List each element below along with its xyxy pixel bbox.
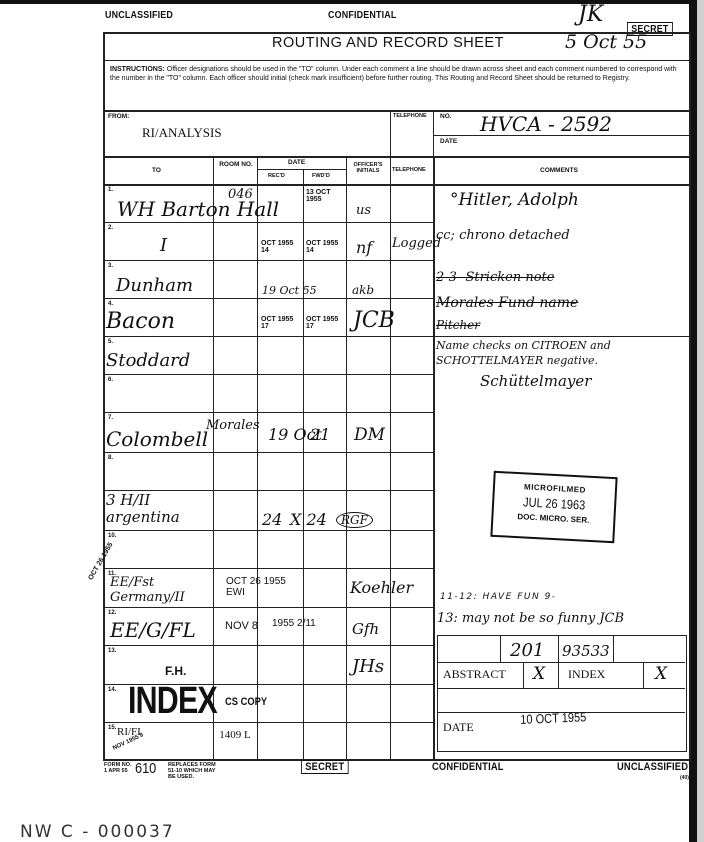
row2-telephone: Logged xyxy=(392,236,441,251)
instructions-text: Officer designations should be used in t… xyxy=(110,66,677,82)
index-label: INDEX xyxy=(568,667,605,682)
row-rule xyxy=(103,607,433,608)
no-date-rule xyxy=(433,135,690,136)
row-number: 7. xyxy=(108,415,113,421)
no-value: HVCA - 2592 xyxy=(480,112,612,136)
instructions: INSTRUCTIONS: Officer designations shoul… xyxy=(110,65,685,83)
row2-fwdd: OCT 1955 14 xyxy=(306,240,346,254)
classification-confidential-bottom: CONFIDENTIAL xyxy=(432,761,504,773)
file-date-label: DATE xyxy=(443,720,474,735)
row15-room: 1409 L xyxy=(216,728,254,742)
bottom-document-number: NW C - 000037 xyxy=(20,822,175,842)
comment-12: 13: may not be so funny JCB xyxy=(437,611,624,626)
classification-secret-bottom: SECRET xyxy=(301,760,348,774)
row1-room: 046 xyxy=(228,187,253,202)
file-date-value: 10 OCT 1955 xyxy=(520,709,587,727)
row-rule xyxy=(103,260,433,261)
row2-initials: nf xyxy=(356,238,372,257)
date-label: DATE xyxy=(440,138,457,145)
instructions-label: INSTRUCTIONS: xyxy=(110,66,165,73)
file-box-divider xyxy=(643,662,644,688)
form-bottom-rule xyxy=(103,759,691,761)
row14-index-stamp: INDEX xyxy=(128,680,217,723)
form-right-rule xyxy=(689,32,691,760)
abstract-mark: X xyxy=(533,664,545,684)
row13-to: F.H. xyxy=(165,664,186,678)
header-initials: OFFICER'S INITIALS xyxy=(348,162,388,174)
row14-cs-copy: CS COPY xyxy=(225,696,267,708)
comment-3b-struck: Morales Fund name xyxy=(436,295,578,311)
header-top-rule xyxy=(103,156,691,158)
comment-3c-struck: Pitcher xyxy=(436,318,480,332)
row12-recd: NOV 8 xyxy=(225,620,258,632)
classification-confidential-top: CONFIDENTIAL xyxy=(328,9,396,21)
col-rule-recd xyxy=(257,156,258,760)
row-number: 15. xyxy=(108,725,116,731)
comment-5: Schüttelmayer xyxy=(480,372,591,390)
no-label: NO. xyxy=(440,113,452,120)
header-date: DATE xyxy=(288,159,305,166)
from-label: FROM: xyxy=(108,113,129,120)
header-telephone: TELEPHONE xyxy=(392,167,426,173)
file-box-divider xyxy=(613,635,614,663)
file-box-divider xyxy=(500,635,501,663)
title-rule xyxy=(103,60,691,61)
row4-to: Bacon xyxy=(106,309,175,334)
handwritten-top-initials: JK xyxy=(578,2,603,27)
row1-to: WH Barton Hall xyxy=(117,197,279,221)
row7-room: Morales xyxy=(206,418,260,433)
file-number-201: 201 xyxy=(510,640,544,661)
comment-1: °Hitler, Adolph xyxy=(450,190,579,210)
row-number: 6. xyxy=(108,377,113,383)
header-date-rule xyxy=(257,169,346,170)
row2-to: I xyxy=(160,235,167,256)
row7-initials: DM xyxy=(354,425,385,445)
row-rule xyxy=(103,530,433,531)
row-number: 10. xyxy=(108,533,116,539)
row-rule xyxy=(103,645,433,646)
form-left-rule xyxy=(103,32,105,760)
row12-initials: Gfh xyxy=(352,620,379,638)
col-rule-room xyxy=(213,156,214,760)
row11-to: EE/Fst Germany/II xyxy=(110,575,220,605)
row-number: 4. xyxy=(108,301,113,307)
header-fwdd: FWD'D xyxy=(312,173,330,179)
microfilmed-stamp: MICROFILMED JUL 26 1963 DOC. MICRO. SER. xyxy=(490,471,617,543)
col-rule-fwdd xyxy=(303,169,304,760)
row12-fwdd: 1955 2/11 xyxy=(272,618,316,629)
row9-initials: RGF xyxy=(336,512,373,528)
from-telephone-label: TELEPHONE xyxy=(393,113,427,119)
form-number: 610 xyxy=(135,760,156,777)
comment-2: cc; chrono detached xyxy=(436,228,570,243)
row13-initials: JHs xyxy=(352,656,384,677)
row-number: 3. xyxy=(108,263,113,269)
form-replaces: REPLACES FORM 51-10 WHICH MAY BE USED. xyxy=(168,762,218,780)
row-number: 14. xyxy=(108,687,116,693)
row-number: 13. xyxy=(108,648,116,654)
row-rule xyxy=(103,298,433,299)
abstract-label: ABSTRACT xyxy=(443,667,506,682)
row-rule xyxy=(103,568,433,569)
row3-initials: akb xyxy=(352,283,374,297)
header-to: TO xyxy=(152,167,161,174)
row-rule xyxy=(103,336,433,337)
header-recd: REC'D xyxy=(268,173,285,179)
index-mark: X xyxy=(655,664,667,684)
from-value: RI/ANALYSIS xyxy=(142,125,222,141)
row-number: 1. xyxy=(108,187,113,193)
row5-to: Stoddard xyxy=(106,350,190,371)
row12-to: EE/G/FL xyxy=(110,618,196,642)
row3-to: Dunham xyxy=(116,275,193,296)
row4-initials: JCB xyxy=(353,308,395,333)
comment-4: Name checks on CITROEN and SCHOTTELMAYER… xyxy=(436,338,694,368)
row-rule xyxy=(103,222,433,223)
header-room: ROOM NO. xyxy=(219,161,253,168)
form-code: (40) xyxy=(680,775,689,781)
row11-initials: Koehler xyxy=(350,578,413,597)
row9-recd: 24 xyxy=(262,510,282,529)
row1-initials: us xyxy=(356,203,371,218)
row7-to: Colombell xyxy=(106,427,208,451)
comment-rule xyxy=(433,336,689,337)
form-no-label: FORM NO. 1 APR 55 xyxy=(104,762,132,774)
row2-recd: OCT 1955 14 xyxy=(261,240,301,254)
row-rule xyxy=(103,412,433,413)
col-rule-initials xyxy=(346,156,347,760)
row3-recd: 19 Oct 55 xyxy=(262,284,317,297)
form-title: ROUTING AND RECORD SHEET xyxy=(272,35,504,51)
row9-fwdd: X 24 xyxy=(290,510,327,529)
file-box-rule xyxy=(437,662,685,663)
row11-recd: OCT 26 1955 EWI xyxy=(226,576,286,598)
row-number: 12. xyxy=(108,610,116,616)
from-tel-divider xyxy=(390,110,391,156)
row4-recd: OCT 1955 17 xyxy=(261,316,301,330)
row9-to: 3 H/II argentina xyxy=(106,492,206,526)
tel-no-divider xyxy=(433,110,434,156)
row-number: 5. xyxy=(108,339,113,345)
row-rule xyxy=(103,452,433,453)
row-rule xyxy=(103,374,433,375)
scan-right-margin xyxy=(697,0,704,842)
comment-11: 11-12: HAVE FUN 9- xyxy=(440,592,557,602)
file-number: 93533 xyxy=(562,642,610,660)
row-rule xyxy=(103,490,433,491)
microfilmed-date: JUL 26 1963 xyxy=(503,493,606,513)
classification-unclassified-bottom: UNCLASSIFIED xyxy=(617,761,688,773)
header-bottom-rule xyxy=(103,184,691,186)
header-comments: COMMENTS xyxy=(540,167,578,174)
row7-fwdd: 21 xyxy=(310,425,330,444)
row4-fwdd: OCT 1955 17 xyxy=(306,316,346,330)
col-rule-telephone xyxy=(390,156,391,760)
handwritten-title-date: 5 Oct 55 xyxy=(565,31,647,53)
classification-unclassified-top: UNCLASSIFIED xyxy=(105,9,173,21)
row1-fwdd: 13 OCT 1955 xyxy=(306,189,336,203)
row-number: 2. xyxy=(108,225,113,231)
row-number: 8. xyxy=(108,455,113,461)
file-box-divider xyxy=(523,662,524,688)
file-box-rule xyxy=(437,688,685,689)
comment-3-struck: 2-3- Stricken note xyxy=(436,270,554,285)
